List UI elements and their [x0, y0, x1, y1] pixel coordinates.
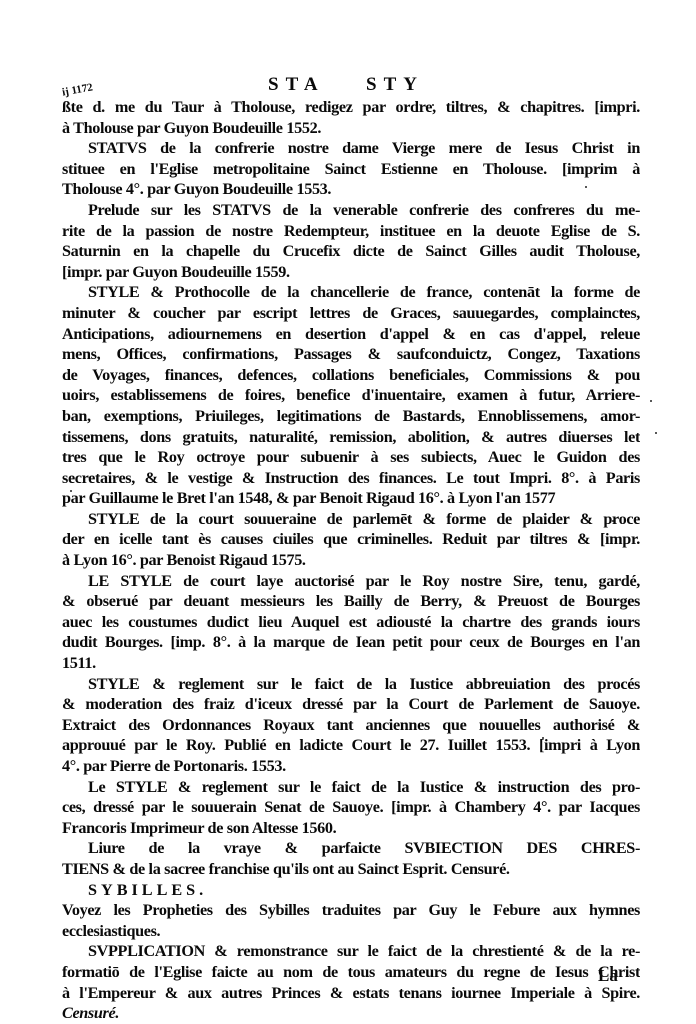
text-line: tres que le Roy octroye pour subuenir à … [62, 447, 640, 468]
text-line: [impr. par Guyon Boudeuille 1559. [62, 262, 640, 283]
text-line: & obserué par deuant messieurs les Baill… [62, 591, 640, 612]
entry-heading-line: STYLE & Prothocolle de la chancellerie d… [62, 282, 640, 303]
scan-speck [585, 186, 587, 188]
text-line: Anticipations, adiournemens en desertion… [62, 324, 640, 345]
text-line: Saturnin en la chapelle du Crucefix dict… [62, 241, 640, 262]
text-line: par Guillaume le Bret l'an 1548, & par B… [62, 488, 640, 509]
text-line: Voyez les Propheties des Sybilles tradui… [62, 900, 640, 921]
scan-speck [608, 624, 610, 626]
scan-speck [655, 432, 657, 434]
scan-speck [66, 556, 68, 558]
catchword: La [598, 966, 618, 986]
entry-heading-line: Le STYLE & reglement sur le faict de la … [62, 777, 640, 798]
scan-speck [612, 520, 614, 522]
text-line: TIENS & de la sacree franchise qu'ils on… [62, 859, 640, 880]
scan-speck [70, 490, 72, 492]
text-line: approuué par le Roy. Publié en ladicte C… [62, 735, 640, 756]
entry-heading-line: Prelude sur les STATVS de la venerable c… [62, 200, 640, 221]
folio-mark: ij 1172 [61, 81, 93, 98]
scan-speck [622, 311, 624, 313]
text-line: ecclesiastiques. [62, 921, 640, 942]
censure-note: Censuré. [62, 1003, 640, 1024]
text-line: uoirs, establissemens de foires, benefic… [62, 385, 640, 406]
text-line: ban, exemptions, Priuileges, legitimatio… [62, 406, 640, 427]
text-line: & moderation des fraiz d'iceux dressé pa… [62, 694, 640, 715]
entry-heading-line: Liure de la vraye & parfaicte SVBIECTION… [62, 838, 640, 859]
running-head: ij 1172 STA STY [0, 72, 696, 94]
entry-heading-line: STATVS de la confrerie nostre dame Vierg… [62, 138, 640, 159]
text-line: 1511. [62, 653, 640, 674]
text-line: Tholouse 4°. par Guyon Boudeuille 1553. [62, 179, 640, 200]
text-line: secretaires, & le vestige & Instruction … [62, 468, 640, 489]
text-line: Extraict des Ordonnances Royaux tant anc… [62, 715, 640, 736]
scan-speck [432, 104, 434, 106]
scanned-book-page: ij 1172 STA STY ßte d. me du Taur à Thol… [0, 0, 696, 1024]
text-line: formatiō de l'Eglise faicte au nom de to… [62, 962, 640, 983]
entry-heading-line: SVPPLICATION & remonstrance sur le faict… [62, 941, 640, 962]
scan-speck [650, 400, 652, 402]
text-line: minuter & coucher par escript lettres de… [62, 303, 640, 324]
entry-heading-line: STYLE & reglement sur le faict de la Ius… [62, 674, 640, 695]
text-line: auec les coustumes dudict lieu Auquel es… [62, 612, 640, 633]
text-line: dudit Bourges. [imp. 8°. à la marque de … [62, 632, 640, 653]
text-line: 4°. par Pierre de Portonaris. 1553. [62, 756, 640, 777]
text-line: mens, Offices, confirmations, Passages &… [62, 344, 640, 365]
entry-heading-line: LE STYLE de court laye auctorisé par le … [62, 571, 640, 592]
text-line: der en icelle tant ès causes ciuiles que… [62, 529, 640, 550]
running-head-left: STA [268, 74, 325, 96]
text-line: tissemens, dons gratuits, naturalité, re… [62, 427, 640, 448]
section-heading-sybilles: SYBILLES. [62, 880, 640, 901]
text-line: stituee en l'Eglise metropolitaine Sainc… [62, 159, 640, 180]
text-line: à Lyon 16°. par Benoist Rigaud 1575. [62, 550, 640, 571]
entry-heading-line: STYLE de la court souueraine de parlemēt… [62, 509, 640, 530]
text-line: ces, dressé par le souuerain Senat de Sa… [62, 797, 640, 818]
scan-speck [542, 737, 544, 739]
text-line: Francoris Imprimeur de son Altesse 1560. [62, 818, 640, 839]
text-line: à l'Empereur & aux autres Princes & esta… [62, 983, 640, 1004]
text-line: à Tholouse par Guyon Boudeuille 1552. [62, 118, 640, 139]
body-text: ßte d. me du Taur à Tholouse, redigez pa… [62, 97, 640, 1024]
running-head-right: STY [366, 74, 424, 96]
text-line: ßte d. me du Taur à Tholouse, redigez pa… [62, 97, 640, 118]
text-line: rite de la passion de nostre Redempteur,… [62, 221, 640, 242]
text-line: de Voyages, finances, defences, collatio… [62, 365, 640, 386]
